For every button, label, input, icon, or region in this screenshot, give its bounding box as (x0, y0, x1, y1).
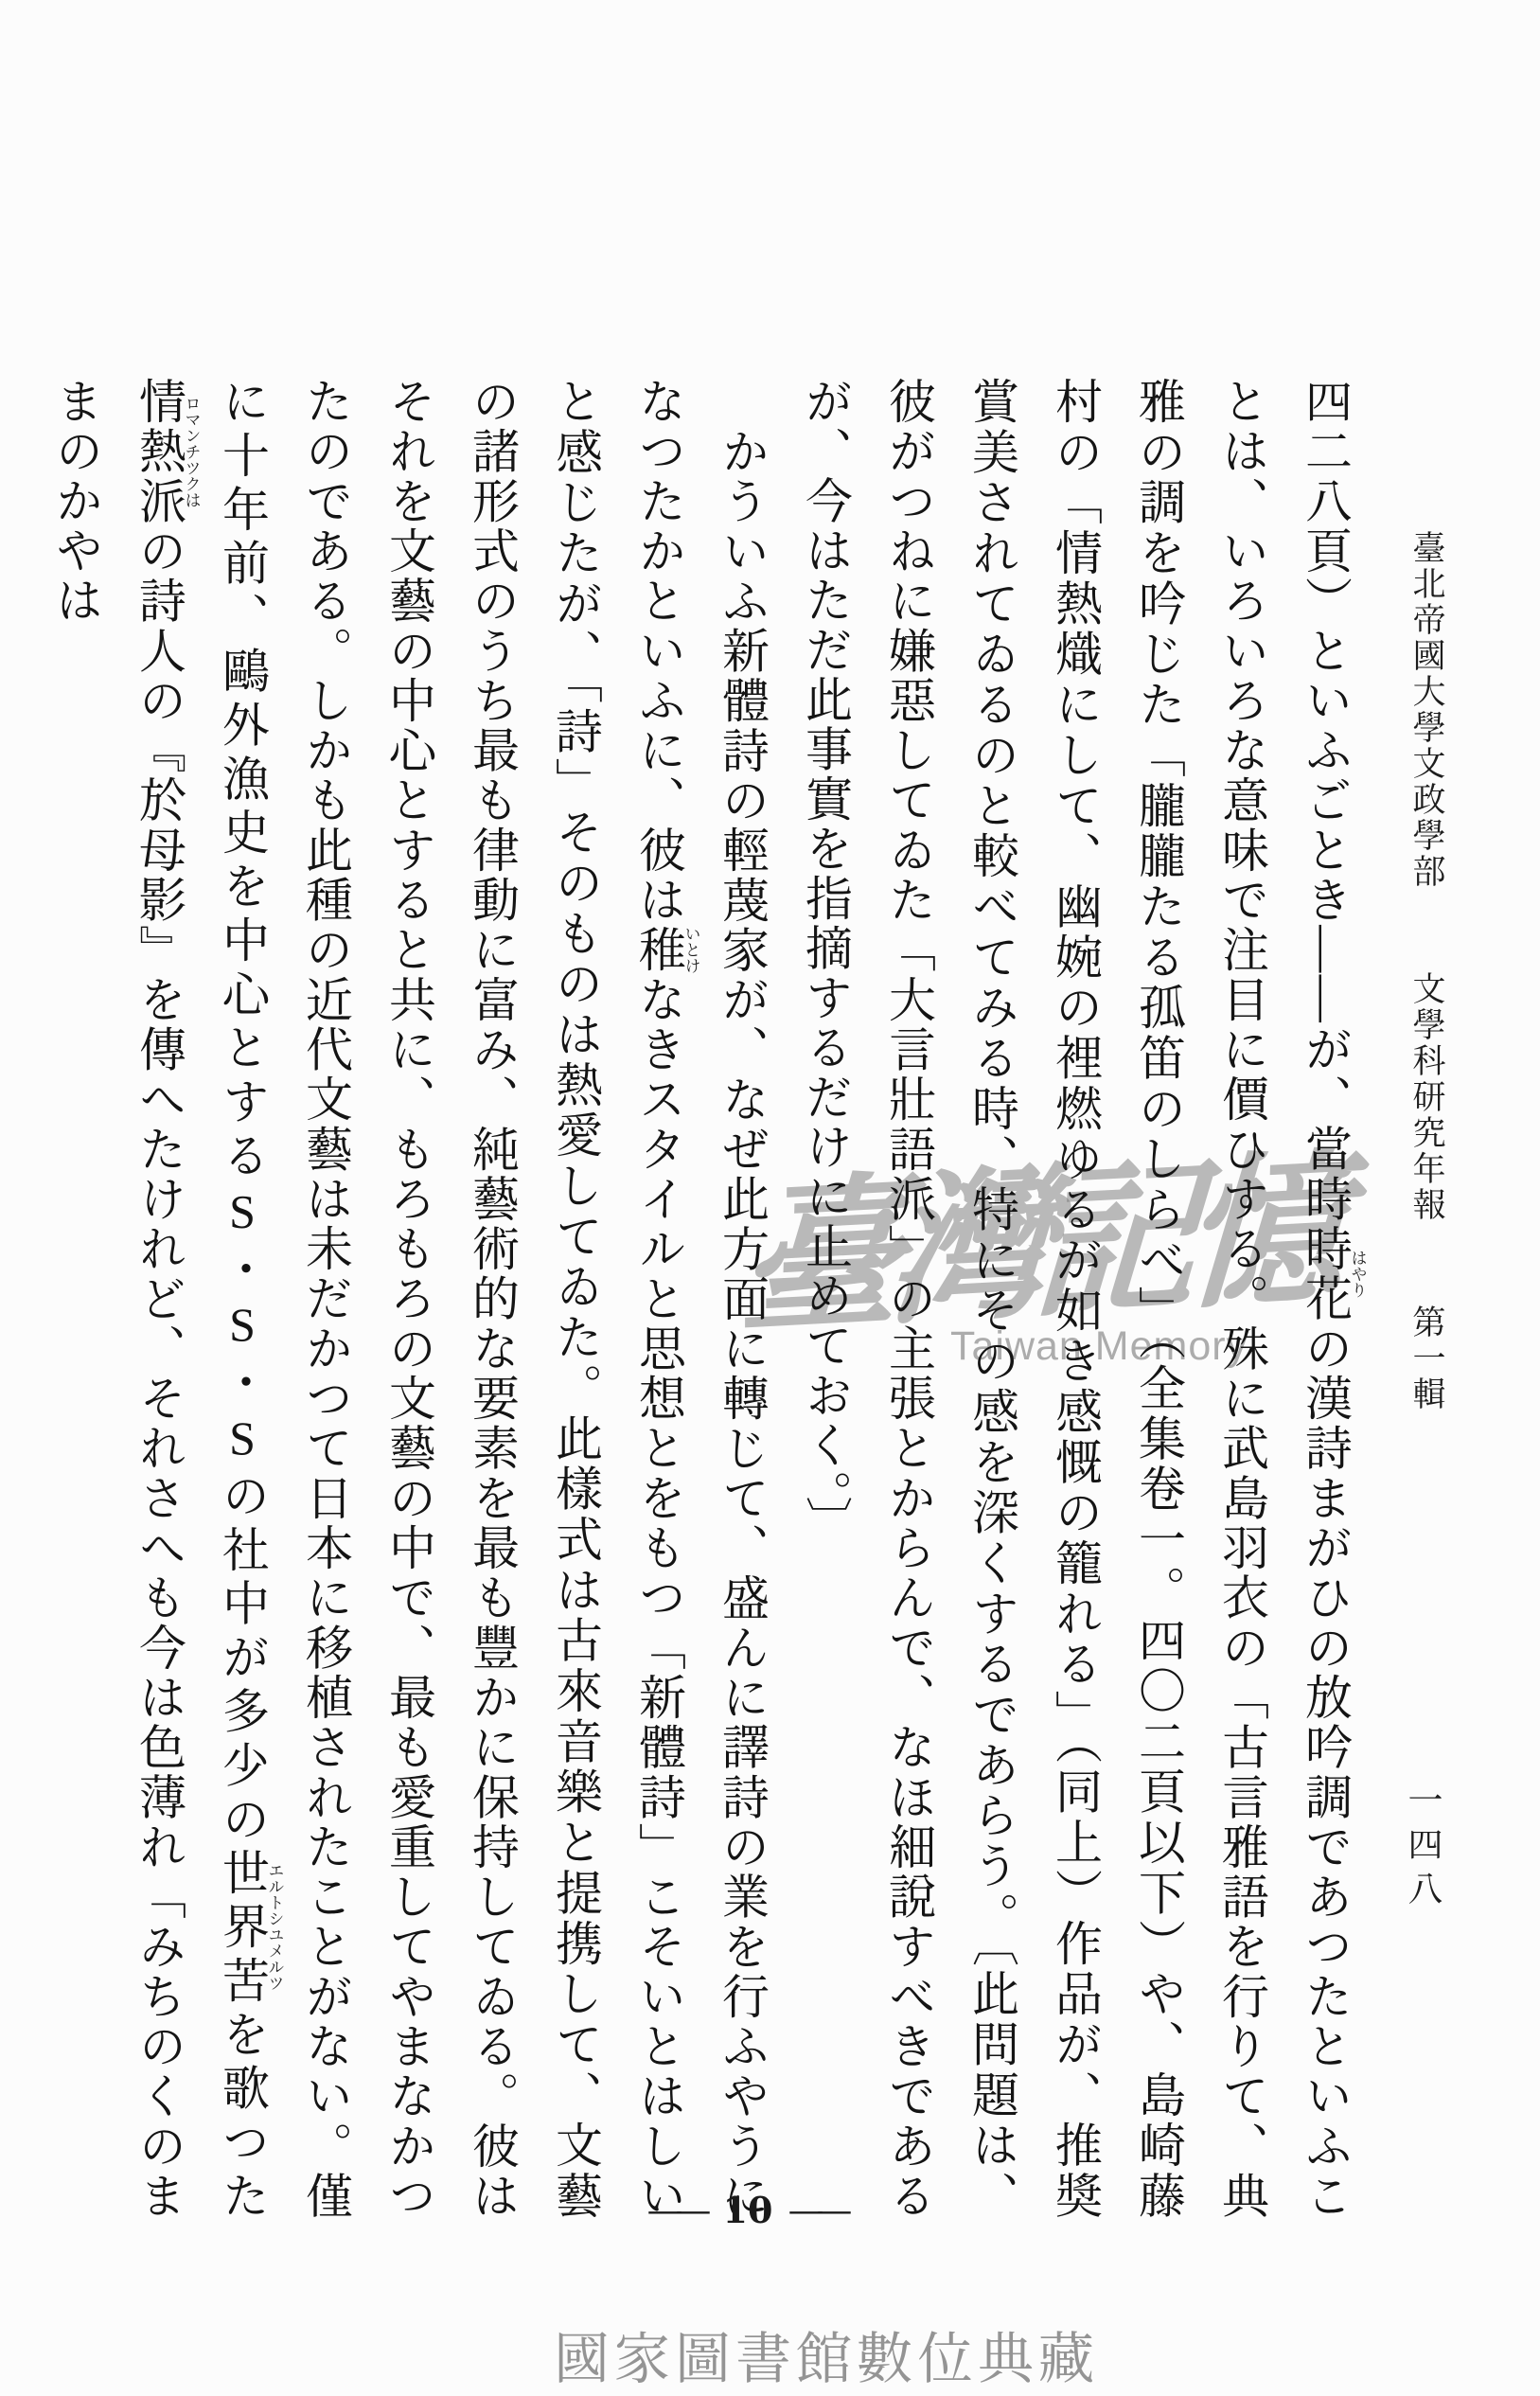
national-library-watermark: 國家圖書館數位典藏 (554, 2314, 1099, 2394)
ruby-annotated-text: 稚いとけ (632, 925, 685, 975)
text-run: の詩人の『於母影』を傳へたけれど、それさへも今は色薄れ「みちのくのままのかやは (49, 377, 186, 2221)
text-run: S・S・S (216, 1184, 269, 1466)
ruby-annotated-text: 情熱派ロマンチツクは (133, 377, 186, 526)
paragraph: 四二八頁）といふごとき――が、當時時花はやりの漢詩まがひの放吟調であつたといふこ… (784, 377, 1367, 2221)
ruby-annotated-text: 時花はやり (1299, 1224, 1352, 1323)
text-block: 四二八頁）といふごとき――が、當時時花はやりの漢詩まがひの放吟調であつたといふこ… (108, 377, 1367, 2221)
footer-dash-right: ―― (789, 2192, 846, 2228)
running-head-institution: 臺北帝國大學文政學部 (1408, 530, 1445, 890)
footer-dash-left: ―― (649, 2192, 706, 2228)
text-run: 四二八頁）といふごとき――が、當時 (1299, 377, 1352, 1224)
footer-page-number-value: 10 (723, 2189, 773, 2231)
ruby-annotated-text: 世界苦エルトシユメルツ (216, 1848, 269, 2010)
margin-page-number: 一四八 (1395, 1782, 1446, 1915)
text-run: の漢詩まがひの放吟調であつたといふことは、いろいろな意味で注目に價ひする。殊に武… (799, 377, 1352, 2221)
running-head: 臺北帝國大學文政學部 文學科研究年報 第一輯 (1403, 530, 1450, 1306)
running-head-publication: 文學科研究年報 (1408, 971, 1445, 1223)
text-run: の社中が多少の (216, 1467, 269, 1849)
scanned-journal-page: 臺灣記憶 Taiwan Memory 國家圖書館數位典藏 臺北帝國大學文政學部 … (0, 0, 1540, 2396)
text-run: なきスタイルと思想とをもつ「新體詩」こそいとはしいと感じたが、「詩」そのものは熱… (216, 377, 685, 2221)
running-head-volume: 第一輯 (1408, 1304, 1445, 1412)
paragraph: かういふ新體詩の輕蔑家が、なぜ此方面に轉じて、盛んに譯詩の業を行ふやうになつたか… (34, 377, 784, 2221)
text-run: を歌つた (216, 2010, 269, 2221)
footer-page-number: ―― 10 ―― (625, 2189, 871, 2231)
